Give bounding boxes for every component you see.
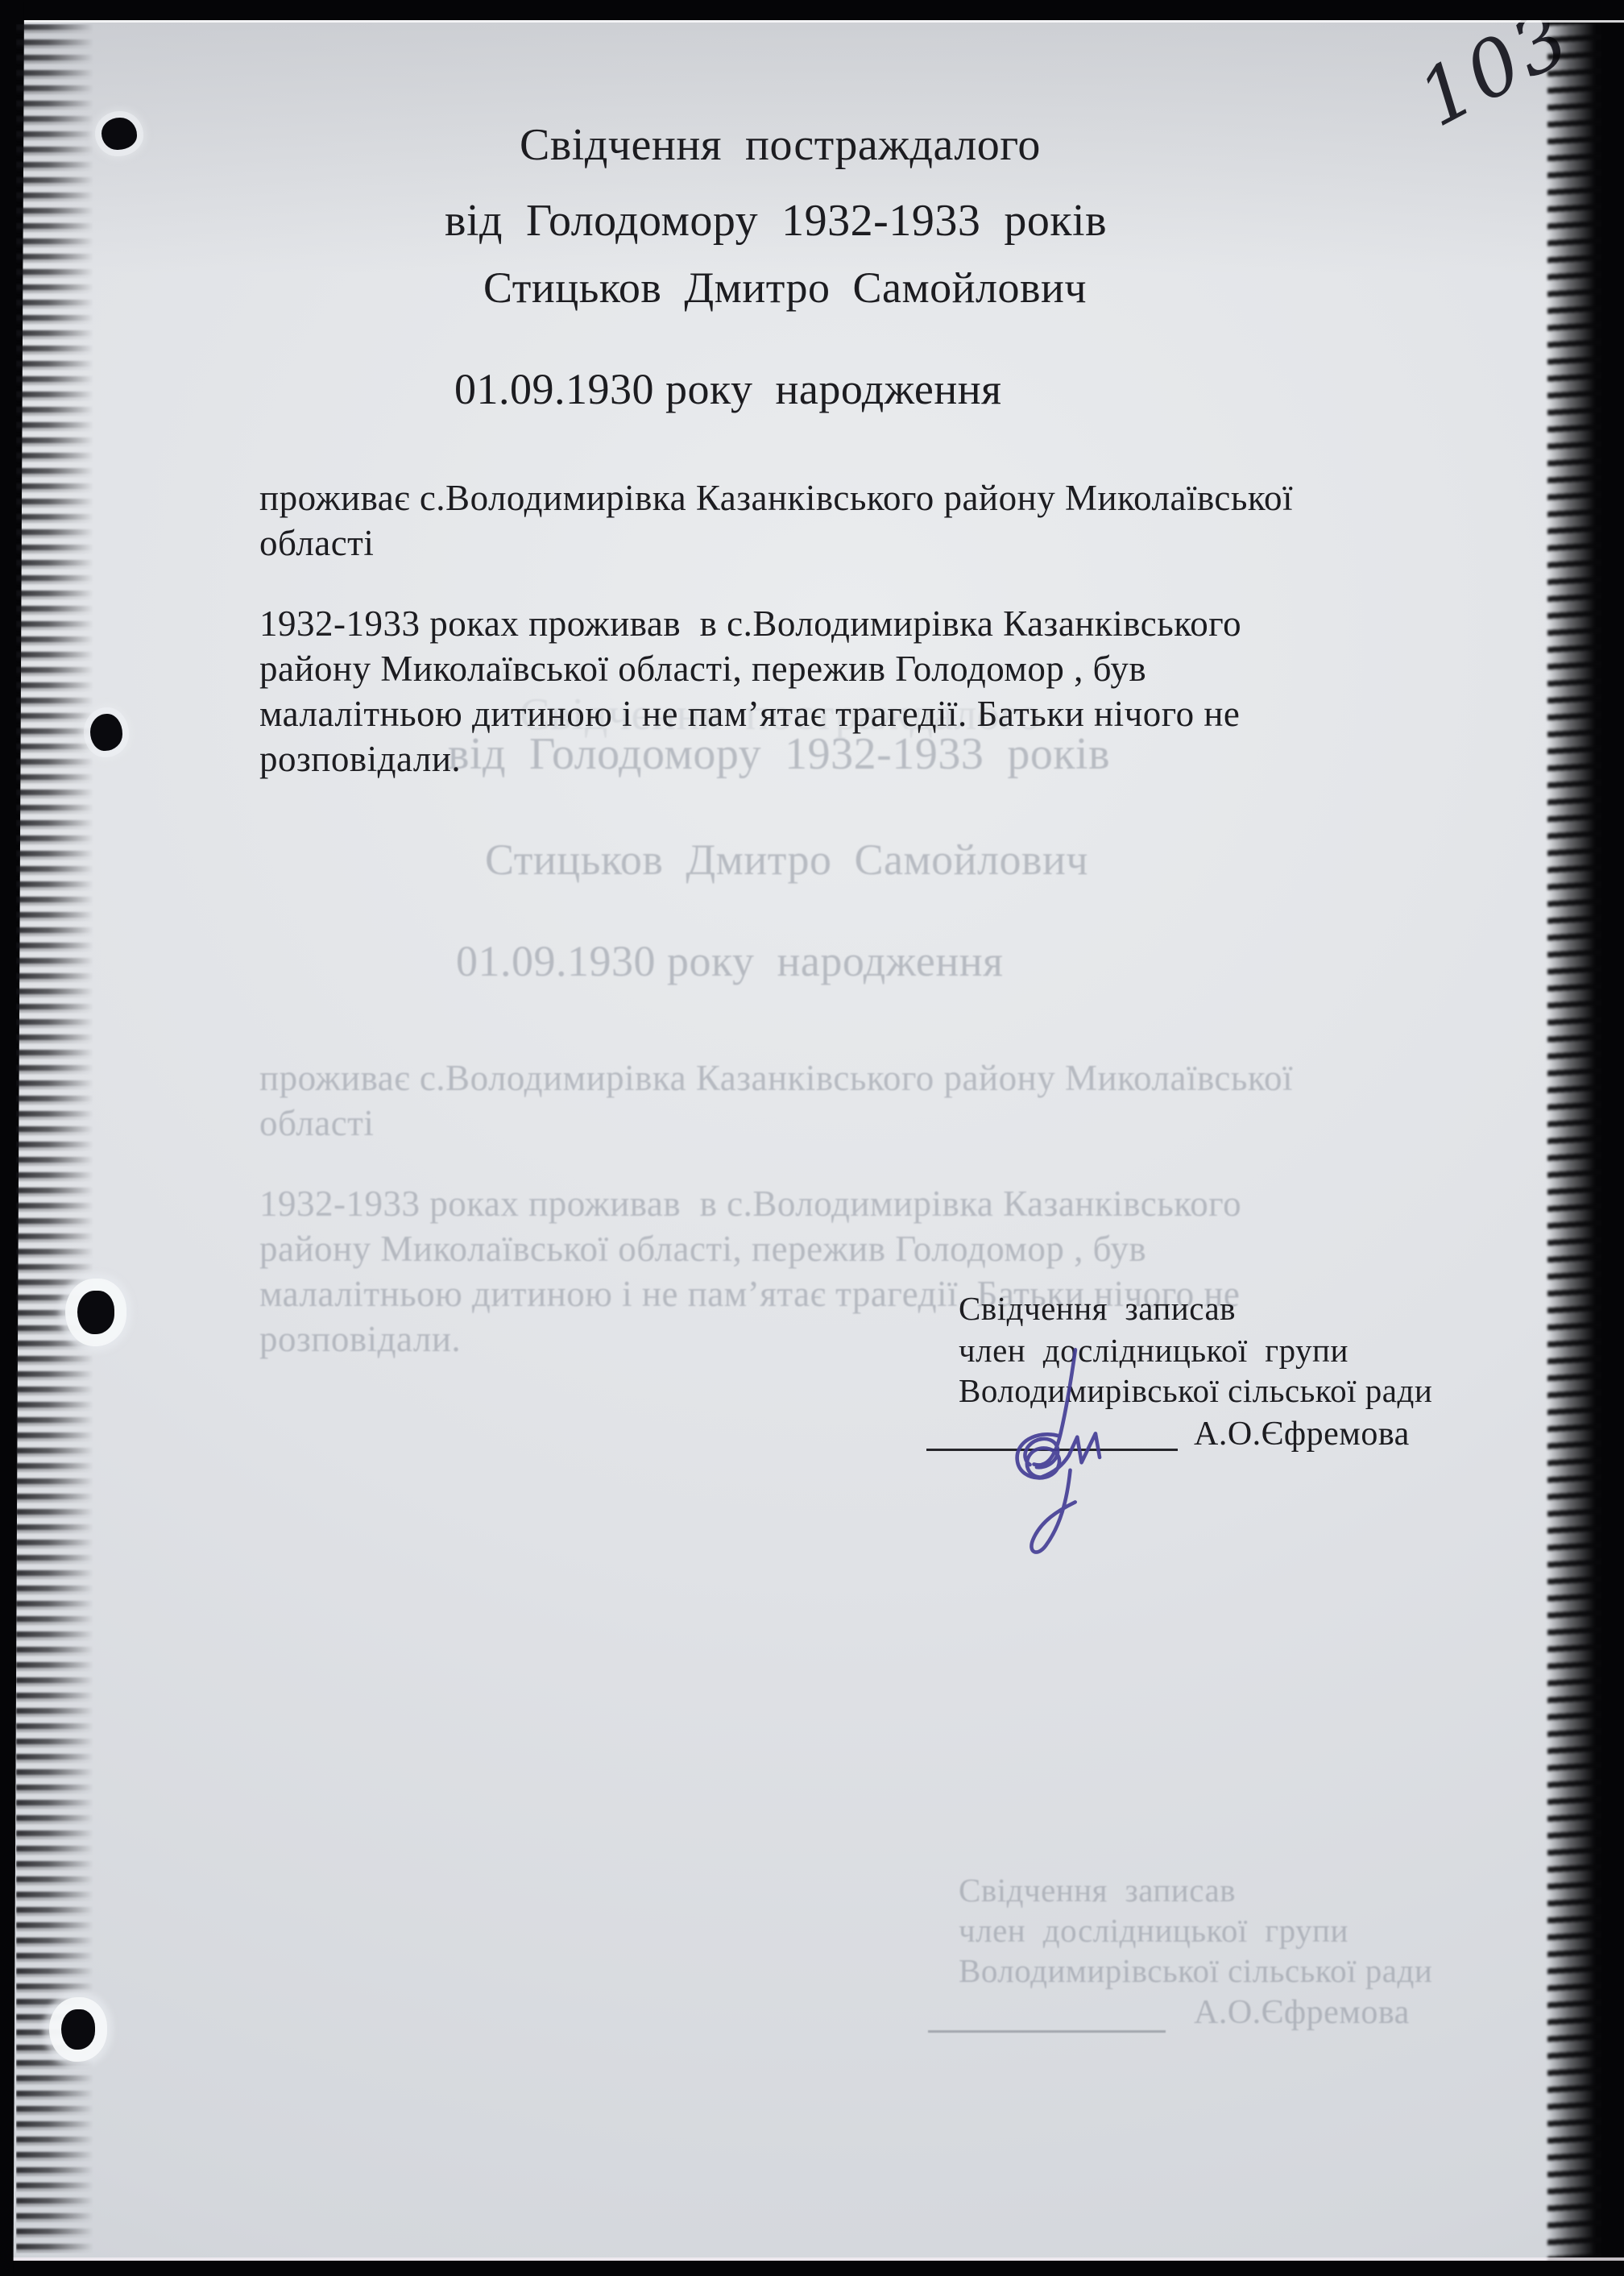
paper-background [0, 0, 1624, 2276]
witness-name: Стицьков Дмитро Самойлович [483, 263, 1087, 313]
testimony-line4: розповідали. [259, 738, 461, 780]
residence-line2: області [259, 522, 374, 564]
bleedthrough-recorder-line3: Володимирівської сільської ради [959, 1951, 1432, 1990]
residence-line1: проживає с.Володимирівка Казанківського … [259, 477, 1293, 519]
bleedthrough-signature-name: А.О.Єфремова [1194, 1993, 1410, 2032]
bleedthrough-title-line2: від Голодомору 1932-1933 років [448, 728, 1110, 780]
document-title-line2: від Голодомору 1932-1933 років [445, 195, 1107, 247]
bleedthrough-witness-name: Стицьков Дмитро Самойлович [485, 835, 1088, 885]
bleedthrough-recorder-line2: член дослідницької групи [959, 1911, 1348, 1950]
binding-perforation-marks [16, 24, 97, 2253]
testimony-line3: малалітньою дитиною і не пам’ятає трагед… [259, 693, 1240, 735]
scanned-document-page: 103 Свідчення постраждалого від Голодомо… [0, 0, 1624, 2276]
bleedthrough-testimony-line2: району Миколаївської області, пережив Го… [259, 1228, 1146, 1270]
bleedthrough-testimony-line4: розповідали. [259, 1318, 461, 1360]
scan-edge-top [0, 0, 1624, 20]
testimony-line2: району Миколаївської області, пережив Го… [259, 648, 1146, 690]
birth-date-line: 01.09.1930 року народження [454, 364, 1001, 414]
scan-edge-right [1601, 0, 1624, 2276]
signature-name: А.О.Єфремова [1194, 1415, 1410, 1453]
bleedthrough-birth-line: 01.09.1930 року народження [456, 936, 1003, 986]
bleedthrough-testimony-line1: 1932-1933 роках проживав в с.Володимирів… [259, 1183, 1241, 1225]
bleedthrough-recorder-line1: Свідчення записав [959, 1871, 1236, 1909]
bleedthrough-signature-line [928, 2030, 1166, 2033]
scan-edge-bottom [0, 2261, 1624, 2276]
testimony-line1: 1932-1933 роках проживав в с.Володимирів… [259, 603, 1241, 645]
recorder-line1: Свідчення записав [959, 1289, 1236, 1328]
scan-edge-top-highlight [0, 20, 1624, 23]
hole-punch-3 [77, 1291, 114, 1334]
bleedthrough-residence-line1: проживає с.Володимирівка Казанківського … [259, 1057, 1293, 1099]
bleedthrough-residence-line2: області [259, 1102, 374, 1144]
hole-punch-2 [90, 714, 122, 751]
hole-punch-1 [101, 118, 137, 150]
handwritten-signature [972, 1337, 1150, 1597]
hole-punch-4 [61, 2009, 95, 2050]
document-title-line1: Свідчення постраждалого [520, 119, 1041, 171]
